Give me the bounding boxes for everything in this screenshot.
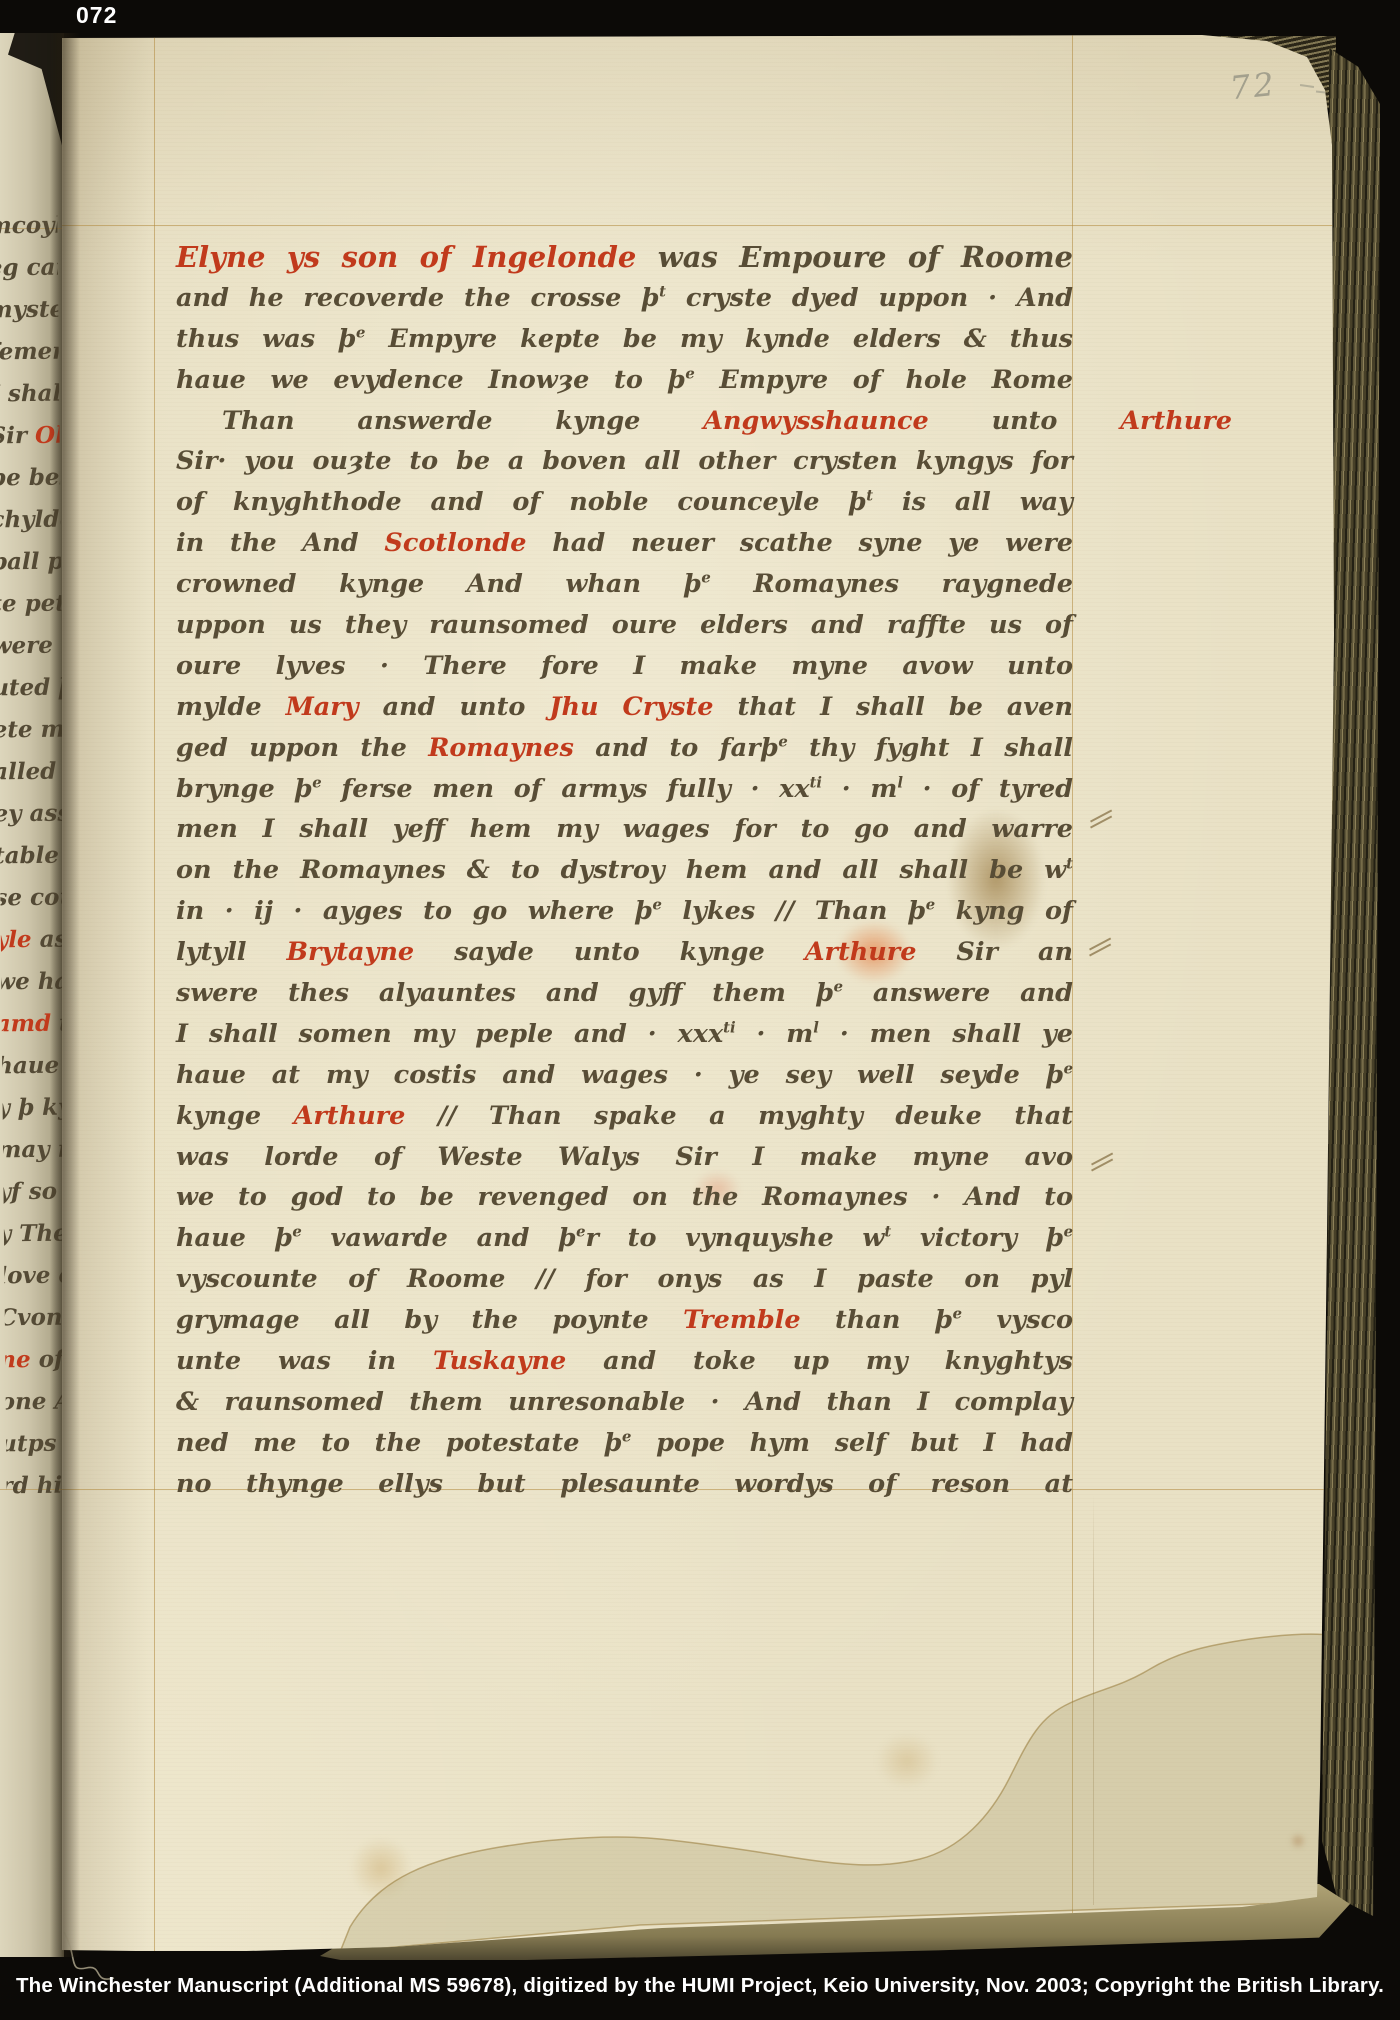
facing-page-line: se counceyle xyxy=(0,877,65,920)
manuscript-line: mylde Mary and unto Jhu Cryste that I sh… xyxy=(176,687,1073,728)
manuscript-page: 72 Elyne ys son of Ingelonde was Empoure… xyxy=(62,35,1334,1951)
ink-text: yf so my lo xyxy=(0,1177,71,1205)
facing-page-line: ne of my bl xyxy=(0,1339,69,1382)
ink-text: e xyxy=(834,979,843,996)
manuscript-line: I shall somen my peple and · xxxti · ml … xyxy=(176,1014,1073,1055)
facing-page-line: mcoyle of m xyxy=(0,205,58,248)
ink-text: pope hym self but I had xyxy=(631,1428,1073,1458)
manuscript-line: & raunsomed them unresonable · And than … xyxy=(176,1382,1073,1423)
ink-text: is all way xyxy=(873,487,1073,517)
ruling-line-left xyxy=(154,35,155,1951)
ink-text: e xyxy=(312,774,321,791)
ink-text: ti xyxy=(810,774,822,791)
manuscript-line: haue at my costis and wages · ye sey wel… xyxy=(176,1055,1073,1096)
folio-number: 72 xyxy=(1228,65,1278,108)
ink-text: kynge xyxy=(176,1101,294,1131)
facing-page-line: Sir Olegis xyxy=(0,415,60,458)
ink-text: e xyxy=(953,1306,962,1323)
ink-text: utps An xyxy=(0,1429,71,1457)
ink-text: mcoyle of m xyxy=(0,211,71,240)
rubricated-text: yle xyxy=(0,926,32,953)
rubricated-text: Tremble xyxy=(683,1305,801,1335)
ink-text: r to vynquyshe w xyxy=(585,1223,884,1253)
ink-text: pall pepti l xyxy=(0,547,71,575)
ink-text: grymage all by the poynte xyxy=(176,1305,683,1335)
rubricated-text: ne xyxy=(0,1346,31,1373)
facing-page-strip: mcoyle of meg camse bymyste voyle defeme… xyxy=(0,33,64,1957)
ink-text: eg camse by xyxy=(0,253,71,282)
ink-text: · m xyxy=(736,1019,814,1049)
facing-page-line: þe beste yt them xyxy=(0,457,60,500)
manuscript-line: grymage all by the poynte Tremble than þ… xyxy=(176,1300,1073,1341)
spot-stain xyxy=(1290,1833,1306,1849)
ink-text: ferse men of armys fully · xx xyxy=(322,774,810,804)
ink-text: e xyxy=(685,365,694,382)
ink-text: were led p xyxy=(0,631,71,659)
scan-frame-number: 072 xyxy=(76,2,117,29)
ink-text: ti xyxy=(723,1019,735,1036)
ink-text: kyng of xyxy=(935,896,1073,926)
ink-text: victory þ xyxy=(891,1223,1063,1253)
facing-page-line: yf so my lo xyxy=(0,1171,68,1214)
rubricated-text: Romaynes xyxy=(428,733,574,763)
manuscript-line: lytyll Brytayne sayde unto kynge Arthure… xyxy=(176,932,1073,973)
ink-text: love of ha xyxy=(0,1261,71,1289)
ink-text: lytyll xyxy=(176,937,286,967)
ink-text: ey assemble xyxy=(0,799,71,828)
ink-text: e xyxy=(1064,1224,1073,1241)
facing-page-line: we haue be xyxy=(0,961,66,1004)
ink-text: no thynge ellys but plesaunte wordys of … xyxy=(176,1469,1073,1499)
ink-text: y þ kyng for xyxy=(0,1093,71,1122)
manuscript-line: unte was in Tuskayne and toke up my knyg… xyxy=(176,1341,1073,1382)
ink-text: Romaynes raygnede xyxy=(711,569,1073,599)
ink-text: Empyre kepte be my kynde elders & thus xyxy=(365,324,1073,354)
page-corner-shadow xyxy=(8,33,64,153)
manuscript-text-block: Elyne ys son of Ingelonde was Empoure of… xyxy=(176,237,1073,1505)
facing-page-line: y þ kyng for C xyxy=(0,1087,67,1130)
ink-text: had neuer scathe syne ye were xyxy=(526,528,1073,558)
ink-text: oure lyves · There fore I make myne avow… xyxy=(176,651,1073,681)
ink-text: e xyxy=(1064,1060,1073,1077)
ink-text: may nat be so xyxy=(0,1135,71,1164)
ink-text: one And the xyxy=(0,1387,71,1416)
margin-mark xyxy=(1088,943,1112,953)
ink-text: ete mosday xyxy=(0,715,71,744)
ink-text: crowned kynge And whan þ xyxy=(176,569,701,599)
pencil-mark xyxy=(1316,91,1325,94)
ink-text: and unto xyxy=(359,692,550,722)
ink-text: Sir an xyxy=(916,937,1073,967)
manuscript-line: brynge þe ferse men of armys fully · xxt… xyxy=(176,769,1073,810)
ink-text: thus was þ xyxy=(176,324,356,354)
rubricated-text: Scotlonde xyxy=(384,528,526,558)
ink-text: than þ xyxy=(801,1305,953,1335)
ink-text: femens po ly xyxy=(0,337,71,366)
facing-page-line: alled his ni xyxy=(0,751,63,794)
ink-text: on the Romaynes & to dystroy hem and all… xyxy=(176,855,1066,885)
facing-page-line: table Togad xyxy=(0,835,64,878)
ink-text: in the And xyxy=(176,528,384,558)
facing-page-line: ete mosday xyxy=(0,709,63,752)
manuscript-line: haue we evydence Inowȝe to þe Empyre of … xyxy=(176,360,1073,401)
manuscript-line: was lorde of Weste Walys Sir I make myne… xyxy=(176,1137,1073,1178)
ink-text: t xyxy=(659,283,666,300)
facing-page-line: were led p xyxy=(0,625,62,668)
ink-text: · of tyred xyxy=(903,774,1073,804)
rubricated-text: Elyne ys son of Ingelonde xyxy=(176,240,658,274)
facing-page-text: mcoyle of meg camse bymyste voyle defeme… xyxy=(0,205,71,1508)
ink-text: haue at my costis and wages · ye sey wel… xyxy=(176,1060,1064,1090)
ink-text: I shall a byd xyxy=(0,379,71,408)
facing-page-line: chylde unfo xyxy=(0,499,61,542)
manuscript-line: Sir· you ouȝte to be a boven all other c… xyxy=(176,441,1073,482)
ink-text: and he recoverde the crosse þ xyxy=(176,283,659,313)
rubricated-text: Arthure xyxy=(805,937,917,967)
rubricated-text: Jhu Cryste xyxy=(549,692,713,722)
ink-text: rd hit and xyxy=(0,1471,70,1499)
pencil-mark xyxy=(1300,84,1314,88)
ink-text: ged uppon the xyxy=(176,733,428,763)
ink-text: table Togad xyxy=(0,841,71,870)
ink-text: cryste dyed uppon · And xyxy=(666,283,1073,313)
ink-text: I shall somen my peple and · xxx xyxy=(176,1019,723,1049)
ink-text: vysco xyxy=(962,1305,1073,1335)
spot-stain xyxy=(876,1733,938,1789)
manuscript-line: and he recoverde the crosse þt cryste dy… xyxy=(176,278,1073,319)
ink-text: of knyghthode and of noble counceyle þ xyxy=(176,487,866,517)
manuscript-line: we to god to be revenged on the Romaynes… xyxy=(176,1177,1073,1218)
ink-text: e xyxy=(356,324,365,341)
facing-page-line: uted þ my xyxy=(0,667,62,710)
ink-text: unte was in xyxy=(176,1346,433,1376)
ink-text: e xyxy=(701,570,710,587)
facing-page-line: amd the Emp xyxy=(0,1003,66,1046)
manuscript-line: crowned kynge And whan þe Romaynes raygn… xyxy=(176,564,1073,605)
ink-text: haue þ xyxy=(176,1223,292,1253)
margin-mark xyxy=(1089,815,1113,825)
facing-page-line: femens po ly xyxy=(0,331,59,374)
ink-text: Cvongeles xyxy=(0,1303,71,1331)
manuscript-line: in the And Scotlonde had neuer scathe sy… xyxy=(176,523,1073,564)
facing-page-line: Cvongeles xyxy=(0,1297,69,1340)
facing-page-line: I shall a byd xyxy=(0,373,59,416)
facing-page-line: y There fo xyxy=(0,1213,68,1256)
ink-text: swere thes alyauntes and gyff them þ xyxy=(176,978,834,1008)
ink-text: þe beste yt them xyxy=(0,462,71,491)
ink-text: Empyre of hole Rome xyxy=(695,365,1073,395)
rubricated-text: Mary xyxy=(286,692,359,722)
ink-text: haue worry xyxy=(0,1051,71,1080)
manuscript-line: uppon us they raunsomed oure elders and … xyxy=(176,605,1073,646)
ink-text: te pet w xyxy=(0,589,71,617)
manuscript-line: ned me to the potestate þe pope hym self… xyxy=(176,1423,1073,1464)
ink-text: Sir xyxy=(0,422,35,449)
manuscript-line: haue þe vawarde and þer to vynquyshe wt … xyxy=(176,1218,1073,1259)
ink-text: was lorde of Weste Walys Sir I make myne… xyxy=(176,1142,1073,1172)
facing-page-line: te pet w xyxy=(0,583,62,626)
manuscript-line: in · ij · ayges to go where þe lykes // … xyxy=(176,891,1073,932)
ink-text: · m xyxy=(822,774,897,804)
manuscript-line: oure lyves · There fore I make myne avow… xyxy=(176,646,1073,687)
ink-text: in · ij · ayges to go where þ xyxy=(176,896,653,926)
ink-text: & raunsomed them unresonable · And than … xyxy=(176,1387,1073,1417)
ruling-line-top xyxy=(62,225,1334,226)
ink-text: e xyxy=(653,897,662,914)
ink-text: lykes // Than þ xyxy=(662,896,926,926)
ink-text: thy fyght I shall xyxy=(788,733,1073,763)
facing-page-line: may nat be so xyxy=(0,1129,67,1172)
manuscript-line: kynge Arthure // Than spake a myghty deu… xyxy=(176,1096,1073,1137)
ink-text: Than answerde kynge xyxy=(222,406,703,436)
facing-page-line: yle as for m xyxy=(0,919,65,962)
manuscript-line: Than answerde kynge Angwysshaunce unto A… xyxy=(176,401,1232,442)
manuscript-line: vyscounte of Roome // for onys as I past… xyxy=(176,1259,1073,1300)
spot-stain xyxy=(350,1837,412,1899)
ink-text: · men shall ye xyxy=(819,1019,1073,1049)
ink-text: Sir· you ouȝte to be a boven all other c… xyxy=(176,446,1073,476)
rubricated-text: Brytayne xyxy=(286,937,414,967)
caption: The Winchester Manuscript (Additional MS… xyxy=(0,1974,1400,1998)
ink-text: se counceyle xyxy=(0,883,71,912)
ink-text: chylde unfo xyxy=(0,505,71,534)
manuscript-line: ged uppon the Romaynes and to farþe thy … xyxy=(176,728,1073,769)
manuscript-line: thus was þe Empyre kepte be my kynde eld… xyxy=(176,319,1073,360)
ink-text: e xyxy=(292,1224,301,1241)
ink-text: men I shall yeff hem my wages for to go … xyxy=(176,814,1073,844)
ink-text: e xyxy=(622,1428,631,1445)
manuscript-line: men I shall yeff hem my wages for to go … xyxy=(176,809,1073,850)
facing-page-line: pall pepti l xyxy=(0,541,61,584)
manuscript-line: no thynge ellys but plesaunte wordys of … xyxy=(176,1464,1073,1505)
ink-text: e xyxy=(926,897,935,914)
rubricated-text: Angwysshaunce xyxy=(703,406,929,436)
facing-page-line: ey assemble xyxy=(0,793,64,836)
ink-text: unto xyxy=(929,406,1121,436)
ink-text: was Empoure of Roome xyxy=(658,240,1073,274)
ink-text: we to god to be revenged on the Romaynes… xyxy=(176,1182,1073,1212)
facing-page-line: haue worry xyxy=(0,1045,66,1088)
rubricated-text: amd xyxy=(0,1010,59,1038)
rubricated-text: Arthure xyxy=(294,1101,406,1131)
facing-page-line: rd hit and xyxy=(0,1465,70,1508)
ink-text: and toke up my knyghtys xyxy=(566,1346,1073,1376)
facing-page-line: myste voyle de xyxy=(0,289,59,332)
facing-page-line: utps An xyxy=(0,1423,70,1466)
ink-text: y There fo xyxy=(0,1219,71,1247)
ink-text: vawarde and þ xyxy=(302,1223,576,1253)
ink-text: uted þ my xyxy=(0,673,71,701)
rubricated-text: Tuskayne xyxy=(433,1346,566,1376)
ink-text: sayde unto kynge xyxy=(414,937,805,967)
ink-text: uppon us they raunsomed oure elders and … xyxy=(176,610,1073,640)
ink-text: haue we evydence Inowȝe to þ xyxy=(176,365,685,395)
margin-mark xyxy=(1090,1158,1114,1168)
ink-text: brynge þ xyxy=(176,774,312,804)
ink-text: myste voyle de xyxy=(0,294,71,323)
ink-text: ned me to the potestate þ xyxy=(176,1428,622,1458)
ink-text: that I shall be aven xyxy=(713,692,1073,722)
manuscript-scan-photo: { "frame": { "scan_number": "072", "capt… xyxy=(0,0,1400,2020)
manuscript-line: on the Romaynes & to dystroy hem and all… xyxy=(176,850,1073,891)
manuscript-line: Elyne ys son of Ingelonde was Empoure of… xyxy=(176,237,1073,278)
facing-page-line: love of ha xyxy=(0,1255,69,1298)
ink-text: we haue be xyxy=(0,967,71,996)
page-crease xyxy=(1093,1495,1094,1905)
ink-text: t xyxy=(1066,856,1073,873)
facing-page-line: one And the xyxy=(0,1381,70,1424)
ink-text: e xyxy=(778,733,787,750)
ink-text: answere and xyxy=(843,978,1073,1008)
ink-text: alled his ni xyxy=(0,757,71,785)
facing-page-line: eg camse by xyxy=(0,247,58,290)
ink-text: // Than spake a myghty deuke that xyxy=(405,1101,1073,1131)
rubricated-text: Arthure xyxy=(1120,406,1232,436)
ink-text: vyscounte of Roome // for onys as I past… xyxy=(176,1264,1073,1294)
manuscript-line: of knyghthode and of noble counceyle þt … xyxy=(176,482,1073,523)
manuscript-line: swere thes alyauntes and gyff them þe an… xyxy=(176,973,1073,1014)
ink-text: mylde xyxy=(176,692,286,722)
ink-text: and to farþ xyxy=(574,733,779,763)
